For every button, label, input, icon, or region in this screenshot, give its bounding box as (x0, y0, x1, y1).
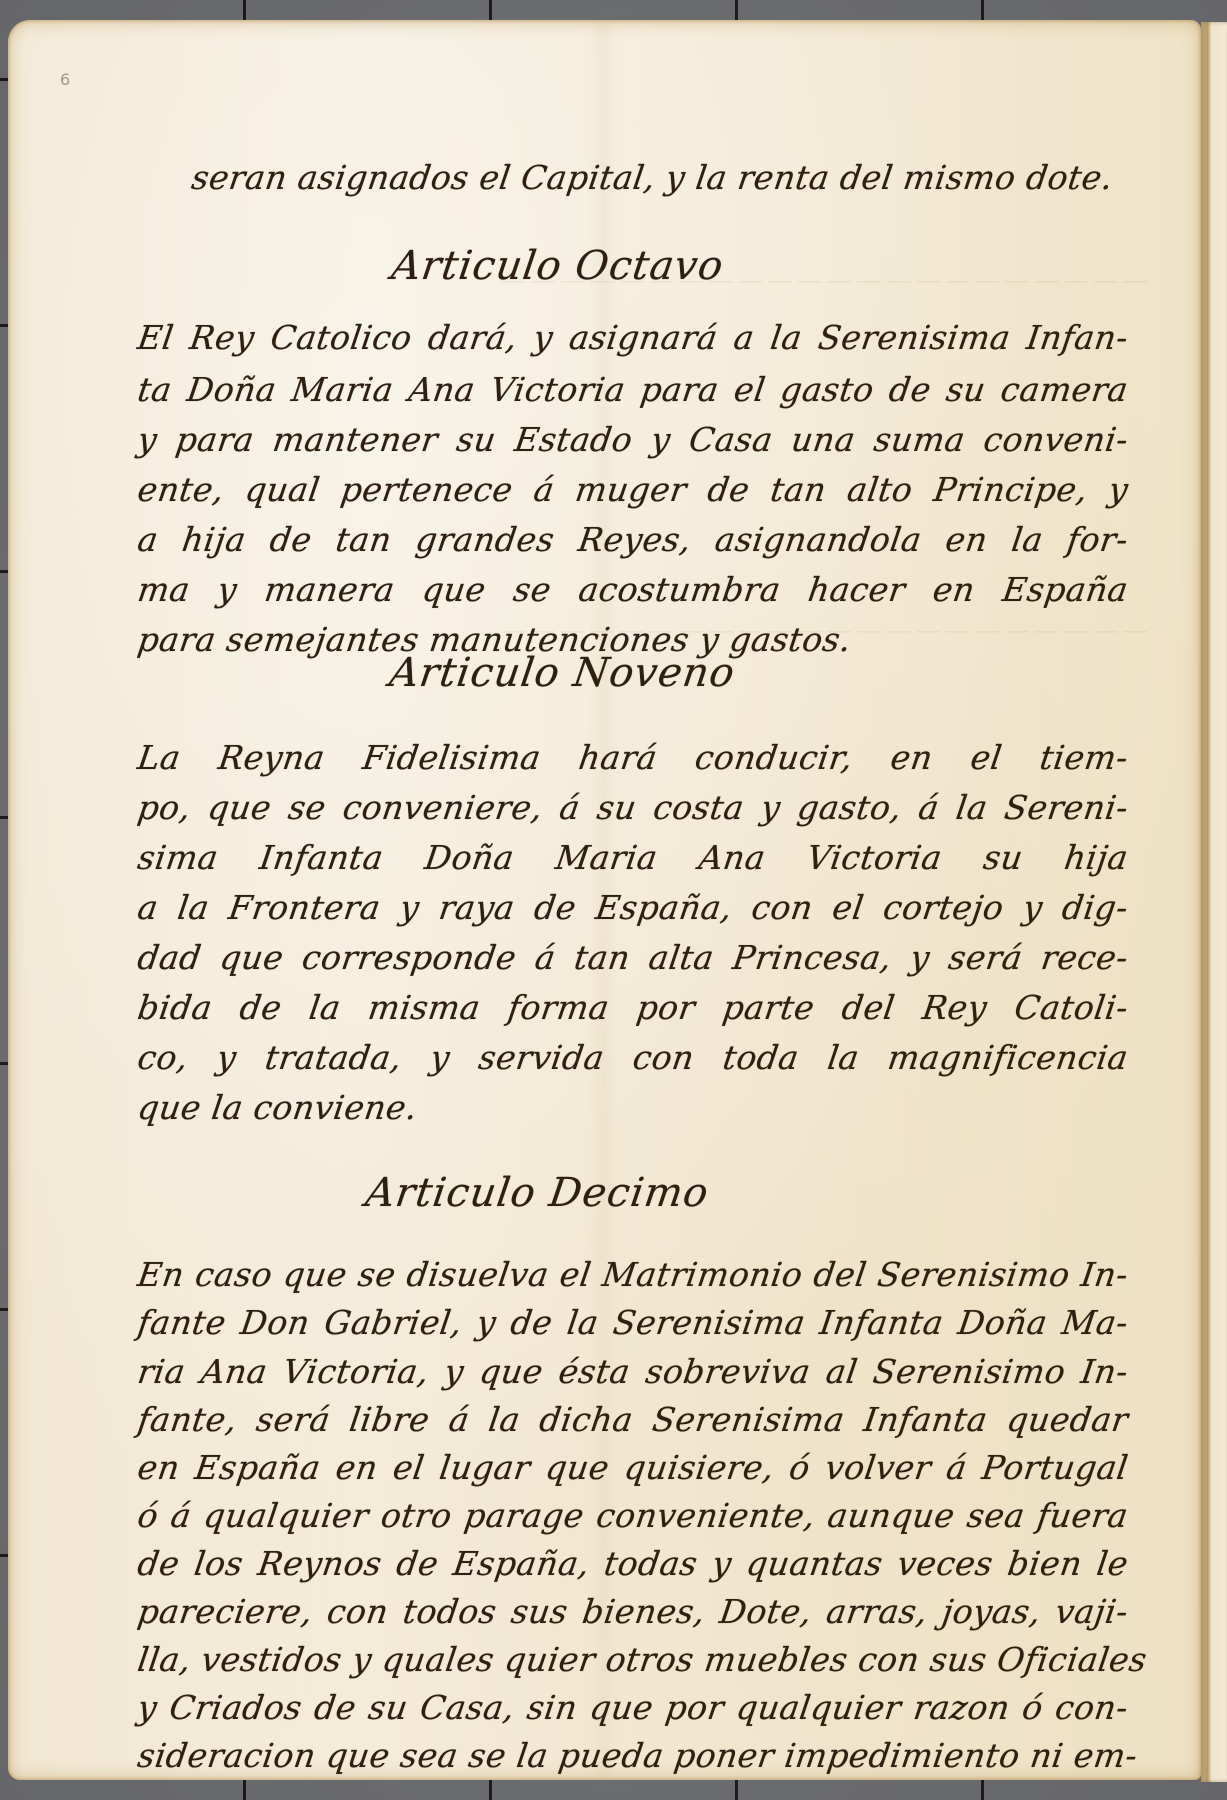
pencil-page-number: 6 (60, 70, 70, 89)
article-line: El Rey Catolico dará, y asignará a la Se… (135, 318, 1130, 357)
article-line: fante Don Gabriel, y de la Serenisima In… (135, 1303, 1130, 1342)
article-line: y para mantener su Estado y Casa una sum… (135, 420, 1130, 459)
article-line: a hija de tan grandes Reyes, asignandola… (135, 520, 1130, 559)
article-line: fante, será libre á la dicha Serenisima … (135, 1400, 1130, 1439)
adjacent-page-edge (1201, 22, 1227, 1782)
article-line: de los Reynos de España, todas y quantas… (135, 1544, 1130, 1583)
article-line: ria Ana Victoria, y que ésta sobreviva a… (135, 1352, 1130, 1391)
article-line: La Reyna Fidelisima hará conducir, en el… (135, 738, 1130, 777)
article-line: bida de la misma forma por parte del Rey… (135, 988, 1130, 1027)
article-line: sideracion que sea se la pueda poner imp… (135, 1736, 1130, 1775)
article-heading-decimo: Articulo Decimo (363, 1170, 712, 1216)
article-line: y Criados de su Casa, sin que por qualqu… (135, 1688, 1130, 1727)
opening-line: seran asignados el Capital, y la renta d… (189, 158, 1115, 197)
article-line: pareciere, con todos sus bienes, Dote, a… (135, 1592, 1130, 1631)
article-line: po, que se conveniere, á su costa y gast… (135, 788, 1130, 827)
article-line: que la conviene. (135, 1088, 420, 1127)
article-line: ma y manera que se acostumbra hacer en E… (135, 570, 1130, 609)
article-heading-noveno: Articulo Noveno (387, 650, 738, 696)
article-line: a la Frontera y raya de España, con el c… (135, 888, 1130, 927)
article-line: co, y tratada, y servida con toda la mag… (135, 1038, 1130, 1077)
article-line: ó á qualquier otro parage conveniente, a… (135, 1496, 1130, 1535)
article-line: sima Infanta Doña Maria Ana Victoria su … (135, 838, 1130, 877)
article-line: en España en el lugar que quisiere, ó vo… (135, 1448, 1130, 1487)
article-line: lla, vestidos y quales quier otros muebl… (135, 1640, 1130, 1679)
article-line: ente, qual pertenece á muger de tan alto… (135, 470, 1130, 509)
article-line: En caso que se disuelva el Matrimonio de… (135, 1255, 1130, 1294)
article-line: dad que corresponde á tan alta Princesa,… (135, 938, 1130, 977)
article-heading-octavo: Articulo Octavo (389, 243, 727, 289)
article-line: ta Doña Maria Ana Victoria para el gasto… (135, 370, 1130, 409)
